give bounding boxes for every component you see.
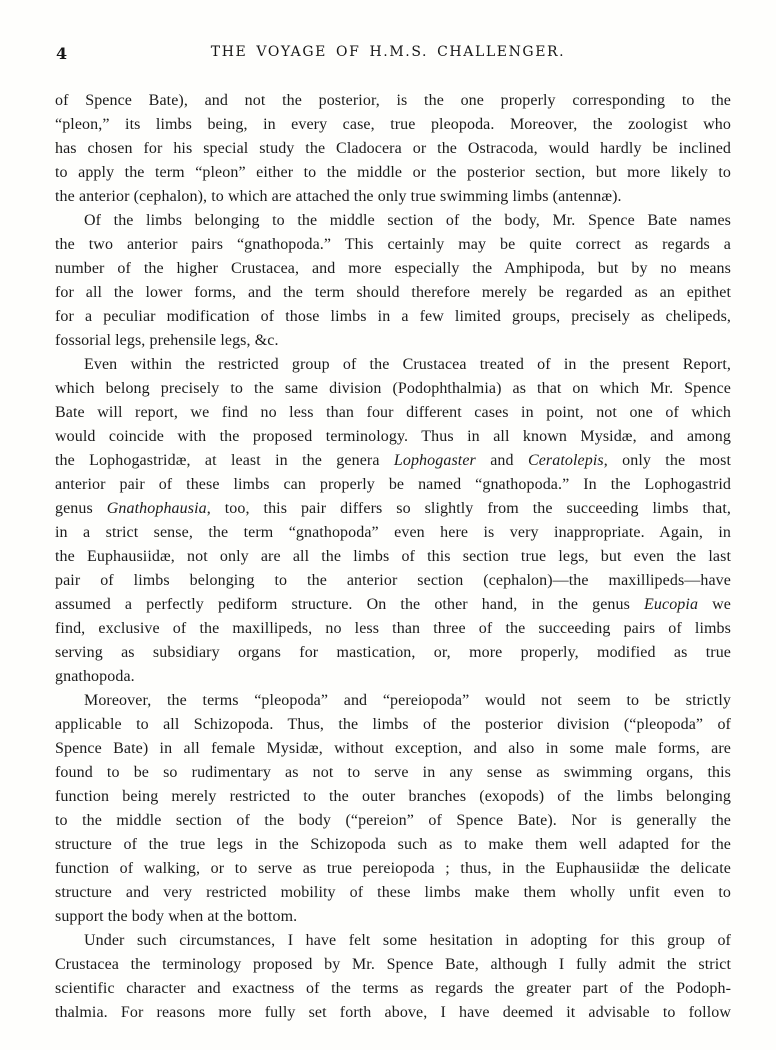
text-line: Spence Bate) in all female Mysidæ, witho… bbox=[55, 737, 731, 761]
text-line: Even within the restricted group of the … bbox=[55, 353, 731, 377]
text-line: for a peculiar modification of those lim… bbox=[55, 305, 731, 329]
text-line: the Euphausiidæ, not only are all the li… bbox=[55, 545, 731, 569]
running-header: 4 THE VOYAGE OF H.M.S. CHALLENGER. bbox=[0, 44, 776, 66]
text-line: the anterior (cephalon), to which are at… bbox=[55, 185, 731, 209]
text-line: function being merely restricted to the … bbox=[55, 785, 731, 809]
text-line: Moreover, the terms “pleopoda” and “pere… bbox=[55, 689, 731, 713]
italic-genus-name: Lophogaster bbox=[394, 452, 476, 469]
text-line: to apply the term “pleon” either to the … bbox=[55, 161, 731, 185]
page-body: of Spence Bate), and not the posterior, … bbox=[55, 89, 731, 1025]
text-line: serving as subsidiary organs for mastica… bbox=[55, 641, 731, 665]
text-line: “pleon,” its limbs being, in every case,… bbox=[55, 113, 731, 137]
text-line: scientific character and exactness of th… bbox=[55, 977, 731, 1001]
paragraph: of Spence Bate), and not the posterior, … bbox=[55, 89, 731, 209]
text-line: number of the higher Crustacea, and more… bbox=[55, 257, 731, 281]
text-line: found to be so rudimentary as not to ser… bbox=[55, 761, 731, 785]
text-line: structure of the true legs in the Schizo… bbox=[55, 833, 731, 857]
page-number: 4 bbox=[56, 44, 67, 63]
text-line: of Spence Bate), and not the posterior, … bbox=[55, 89, 731, 113]
page-title: THE VOYAGE OF H.M.S. CHALLENGER. bbox=[0, 44, 776, 60]
italic-genus-name: Ceratolepis bbox=[528, 452, 604, 469]
text-line: Under such circumstances, I have felt so… bbox=[55, 929, 731, 953]
text-line: Crustacea the terminology proposed by Mr… bbox=[55, 953, 731, 977]
text-line: in a strict sense, the term “gnathopoda”… bbox=[55, 521, 731, 545]
text-line: for all the lower forms, and the term sh… bbox=[55, 281, 731, 305]
text-line: assumed a perfectly pediform structure. … bbox=[55, 593, 731, 617]
paragraph: Of the limbs belonging to the middle sec… bbox=[55, 209, 731, 353]
text-line: support the body when at the bottom. bbox=[55, 905, 731, 929]
text-line: Bate will report, we find no less than f… bbox=[55, 401, 731, 425]
text-line: find, exclusive of the maxillipeds, no l… bbox=[55, 617, 731, 641]
italic-genus-name: Gnathophausia bbox=[107, 500, 207, 517]
text-line: structure and very restricted mobility o… bbox=[55, 881, 731, 905]
text-line: thalmia. For reasons more fully set fort… bbox=[55, 1001, 731, 1025]
text-line: pair of limbs belonging to the anterior … bbox=[55, 569, 731, 593]
text-line: fossorial legs, prehensile legs, &c. bbox=[55, 329, 731, 353]
text-line: applicable to all Schizopoda. Thus, the … bbox=[55, 713, 731, 737]
text-line: would coincide with the proposed termino… bbox=[55, 425, 731, 449]
text-line: the Lophogastridæ, at least in the gener… bbox=[55, 449, 731, 473]
italic-genus-name: Eucopia bbox=[644, 596, 698, 613]
text-line: anterior pair of these limbs can properl… bbox=[55, 473, 731, 497]
text-line: Of the limbs belonging to the middle sec… bbox=[55, 209, 731, 233]
text-line: to the middle section of the body (“pere… bbox=[55, 809, 731, 833]
text-line: gnathopoda. bbox=[55, 665, 731, 689]
text-line: has chosen for his special study the Cla… bbox=[55, 137, 731, 161]
paragraph: Under such circumstances, I have felt so… bbox=[55, 929, 731, 1025]
text-line: the two anterior pairs “gnathopoda.” Thi… bbox=[55, 233, 731, 257]
paragraph: Even within the restricted group of the … bbox=[55, 353, 731, 689]
text-line: which belong precisely to the same divis… bbox=[55, 377, 731, 401]
text-line: function of walking, or to serve as true… bbox=[55, 857, 731, 881]
paragraph: Moreover, the terms “pleopoda” and “pere… bbox=[55, 689, 731, 929]
scanned-book-page: 4 THE VOYAGE OF H.M.S. CHALLENGER. of Sp… bbox=[0, 0, 776, 1050]
text-line: genus Gnathophausia, too, this pair diff… bbox=[55, 497, 731, 521]
